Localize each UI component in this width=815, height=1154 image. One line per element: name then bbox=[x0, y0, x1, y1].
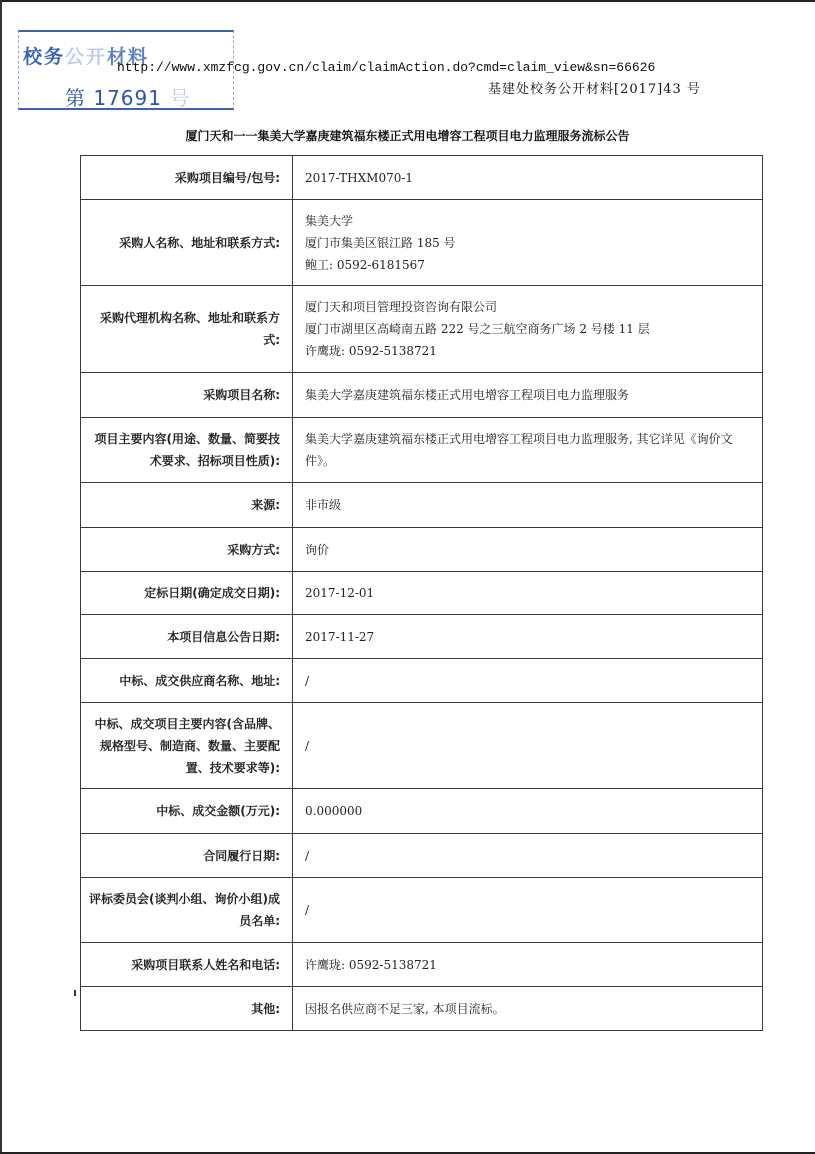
document-title: 厦门天和一一集美大学嘉庚建筑福东楼正式用电增容工程项目电力监理服务流标公告 bbox=[0, 127, 815, 144]
table-row: 项目主要内容(用途、数量、简要技术要求、招标项目性质):集美大学嘉庚建筑福东楼正… bbox=[81, 418, 763, 483]
field-value: / bbox=[293, 878, 763, 943]
field-value-line: 非市级 bbox=[305, 494, 752, 516]
field-value: 2017-THXM070-1 bbox=[293, 156, 763, 200]
table-row: 采购方式:询价 bbox=[81, 528, 763, 572]
table-row: 其他:因报名供应商不足三家, 本项目流标。 bbox=[81, 987, 763, 1031]
field-value-line: 集美大学嘉庚建筑福东楼正式用电增容工程项目电力监理服务 bbox=[305, 384, 752, 406]
stamp-title-part-2: 公开 bbox=[65, 46, 107, 68]
field-value-line: 2017-12-01 bbox=[305, 582, 752, 604]
stamp-number-suffix: 号 bbox=[169, 86, 190, 110]
field-label: 其他: bbox=[81, 987, 293, 1031]
field-label: 采购代理机构名称、地址和联系方式: bbox=[81, 286, 293, 373]
table-row: 采购代理机构名称、地址和联系方式:厦门天和项目管理投资咨询有限公司厦门市湖里区高… bbox=[81, 286, 763, 373]
table-row: 本项目信息公告日期:2017-11-27 bbox=[81, 615, 763, 659]
table-row: 中标、成交项目主要内容(含品牌、规格型号、制造商、数量、主要配置、技术要求等):… bbox=[81, 703, 763, 789]
field-value: / bbox=[293, 659, 763, 703]
field-label: 采购项目编号/包号: bbox=[81, 156, 293, 200]
field-value-line: / bbox=[305, 899, 752, 921]
field-label: 合同履行日期: bbox=[81, 834, 293, 878]
table-row: 定标日期(确定成交日期):2017-12-01 bbox=[81, 572, 763, 615]
field-label: 本项目信息公告日期: bbox=[81, 615, 293, 659]
table-row: 评标委员会(谈判小组、询价小组)成员名单:/ bbox=[81, 878, 763, 943]
field-value: 2017-11-27 bbox=[293, 615, 763, 659]
field-value-line: 厦门天和项目管理投资咨询有限公司 bbox=[305, 296, 752, 318]
field-value-line: 因报名供应商不足三家, 本项目流标。 bbox=[305, 998, 752, 1020]
field-value-line: 许鹰珑: 0592-5138721 bbox=[305, 340, 752, 362]
field-value: 2017-12-01 bbox=[293, 572, 763, 615]
field-label: 项目主要内容(用途、数量、简要技术要求、招标项目性质): bbox=[81, 418, 293, 483]
field-label: 采购人名称、地址和联系方式: bbox=[81, 200, 293, 286]
scan-speck bbox=[74, 990, 76, 996]
field-label: 中标、成交供应商名称、地址: bbox=[81, 659, 293, 703]
field-value: 集美大学嘉庚建筑福东楼正式用电增容工程项目电力监理服务 bbox=[293, 373, 763, 418]
field-value-line: / bbox=[305, 670, 752, 692]
field-label: 采购项目名称: bbox=[81, 373, 293, 418]
field-label: 中标、成交金额(万元): bbox=[81, 789, 293, 834]
field-value-line: 鲍工: 0592-6181567 bbox=[305, 254, 752, 276]
field-label: 来源: bbox=[81, 483, 293, 528]
table-row: 合同履行日期:/ bbox=[81, 834, 763, 878]
table-row: 中标、成交金额(万元):0.000000 bbox=[81, 789, 763, 834]
field-label: 中标、成交项目主要内容(含品牌、规格型号、制造商、数量、主要配置、技术要求等): bbox=[81, 703, 293, 789]
field-value: 非市级 bbox=[293, 483, 763, 528]
field-value: 询价 bbox=[293, 528, 763, 572]
stamp-title-part-1: 校务 bbox=[23, 46, 65, 68]
field-value-line: 集美大学 bbox=[305, 210, 752, 232]
table-row: 采购项目联系人姓名和电话:许鹰珑: 0592-5138721 bbox=[81, 943, 763, 987]
table-row: 采购项目编号/包号:2017-THXM070-1 bbox=[81, 156, 763, 200]
field-value: 0.000000 bbox=[293, 789, 763, 834]
table-row: 来源:非市级 bbox=[81, 483, 763, 528]
table-row: 中标、成交供应商名称、地址:/ bbox=[81, 659, 763, 703]
scan-edge-left bbox=[0, 0, 2, 1154]
field-label: 采购方式: bbox=[81, 528, 293, 572]
field-value-line: 厦门市湖里区高崎南五路 222 号之三航空商务广场 2 号楼 11 层 bbox=[305, 318, 752, 340]
field-value-line: 2017-11-27 bbox=[305, 626, 752, 648]
field-value-line: 集美大学嘉庚建筑福东楼正式用电增容工程项目电力监理服务, 其它详见《询价文件》。 bbox=[305, 428, 752, 472]
source-url: http://www.xmzfcg.gov.cn/claim/claimActi… bbox=[117, 60, 655, 75]
field-value-line: 许鹰珑: 0592-5138721 bbox=[305, 954, 752, 976]
field-label: 采购项目联系人姓名和电话: bbox=[81, 943, 293, 987]
stamp-number-prefix: 第 bbox=[65, 86, 86, 110]
field-value: 集美大学嘉庚建筑福东楼正式用电增容工程项目电力监理服务, 其它详见《询价文件》。 bbox=[293, 418, 763, 483]
field-value-line: 2017-THXM070-1 bbox=[305, 167, 752, 189]
scan-edge-top bbox=[0, 0, 815, 2]
announcement-table: 采购项目编号/包号:2017-THXM070-1采购人名称、地址和联系方式:集美… bbox=[80, 155, 763, 1031]
field-value: 许鹰珑: 0592-5138721 bbox=[293, 943, 763, 987]
field-value-line: / bbox=[305, 735, 752, 757]
field-value-line: / bbox=[305, 845, 752, 867]
field-value: / bbox=[293, 834, 763, 878]
field-value-line: 0.000000 bbox=[305, 800, 752, 822]
field-label: 定标日期(确定成交日期): bbox=[81, 572, 293, 615]
field-value: / bbox=[293, 703, 763, 789]
field-value-line: 询价 bbox=[305, 539, 752, 561]
table-row: 采购人名称、地址和联系方式:集美大学厦门市集美区银江路 185 号鲍工: 059… bbox=[81, 200, 763, 286]
table-row: 采购项目名称:集美大学嘉庚建筑福东楼正式用电增容工程项目电力监理服务 bbox=[81, 373, 763, 418]
stamp-number: 第 17691 号 bbox=[65, 82, 190, 111]
stamp-number-value: 17691 bbox=[93, 86, 162, 110]
field-value: 因报名供应商不足三家, 本项目流标。 bbox=[293, 987, 763, 1031]
field-value: 集美大学厦门市集美区银江路 185 号鲍工: 0592-6181567 bbox=[293, 200, 763, 286]
field-label: 评标委员会(谈判小组、询价小组)成员名单: bbox=[81, 878, 293, 943]
field-value: 厦门天和项目管理投资咨询有限公司厦门市湖里区高崎南五路 222 号之三航空商务广… bbox=[293, 286, 763, 373]
field-value-line: 厦门市集美区银江路 185 号 bbox=[305, 232, 752, 254]
document-number: 基建处校务公开材料[2017]43 号 bbox=[488, 78, 701, 97]
